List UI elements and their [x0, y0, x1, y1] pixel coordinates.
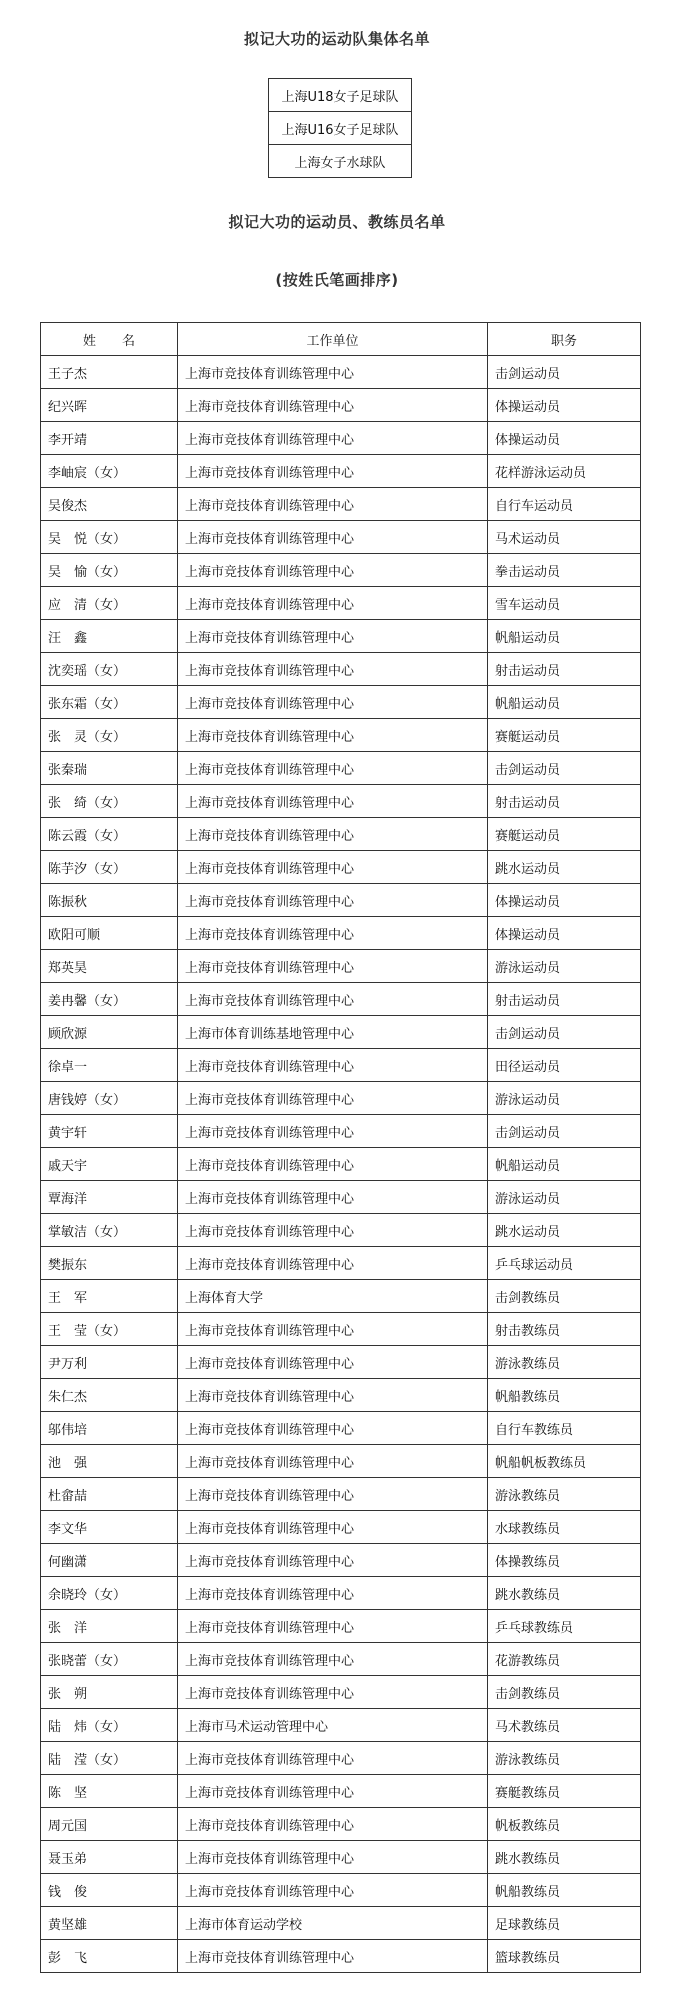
table-row: 王 军上海体育大学击剑教练员: [41, 1280, 641, 1313]
cell-name: 徐卓一: [41, 1049, 178, 1082]
table-row: 应 清（女）上海市竞技体育训练管理中心雪车运动员: [41, 587, 641, 620]
table-row: 张 绮（女）上海市竞技体育训练管理中心射击运动员: [41, 785, 641, 818]
table-row: 朱仁杰上海市竞技体育训练管理中心帆船教练员: [41, 1379, 641, 1412]
table-row: 汪 鑫上海市竞技体育训练管理中心帆船运动员: [41, 620, 641, 653]
cell-role: 帆船帆板教练员: [488, 1445, 641, 1478]
table-row: 陈芋汐（女）上海市竞技体育训练管理中心跳水运动员: [41, 851, 641, 884]
cell-role: 篮球教练员: [488, 1940, 641, 1973]
cell-role: 帆船教练员: [488, 1874, 641, 1907]
cell-unit: 上海市竞技体育训练管理中心: [178, 1247, 488, 1280]
cell-role: 自行车运动员: [488, 488, 641, 521]
table-row: 周元国上海市竞技体育训练管理中心帆板教练员: [41, 1808, 641, 1841]
cell-role: 乒乓球运动员: [488, 1247, 641, 1280]
header-role: 职务: [488, 323, 641, 356]
table-row: 李岫宸（女）上海市竞技体育训练管理中心花样游泳运动员: [41, 455, 641, 488]
cell-name: 池 强: [41, 1445, 178, 1478]
table-row: 李开靖上海市竞技体育训练管理中心体操运动员: [41, 422, 641, 455]
cell-name: 张 绮（女）: [41, 785, 178, 818]
cell-name: 张 朔: [41, 1676, 178, 1709]
cell-unit: 上海市竞技体育训练管理中心: [178, 422, 488, 455]
cell-name: 顾欣源: [41, 1016, 178, 1049]
table-row: 张 灵（女）上海市竞技体育训练管理中心赛艇运动员: [41, 719, 641, 752]
cell-unit: 上海体育大学: [178, 1280, 488, 1313]
cell-unit: 上海市竞技体育训练管理中心: [178, 1115, 488, 1148]
cell-role: 赛艇运动员: [488, 818, 641, 851]
table-row: 黄坚雄上海市体育运动学校足球教练员: [41, 1907, 641, 1940]
cell-name: 张秦瑞: [41, 752, 178, 785]
table-row: 戚天宇上海市竞技体育训练管理中心帆船运动员: [41, 1148, 641, 1181]
cell-role: 游泳教练员: [488, 1346, 641, 1379]
team-row: 上海U18女子足球队: [269, 79, 412, 112]
header-unit: 工作单位: [178, 323, 488, 356]
cell-unit: 上海市竞技体育训练管理中心: [178, 1874, 488, 1907]
cell-role: 帆船运动员: [488, 620, 641, 653]
cell-unit: 上海市竞技体育训练管理中心: [178, 521, 488, 554]
cell-name: 黄宇轩: [41, 1115, 178, 1148]
cell-name: 张晓蕾（女）: [41, 1643, 178, 1676]
cell-name: 王子杰: [41, 356, 178, 389]
table-row: 樊振东上海市竞技体育训练管理中心乒乓球运动员: [41, 1247, 641, 1280]
table-row: 姜冉馨（女）上海市竞技体育训练管理中心射击运动员: [41, 983, 641, 1016]
cell-name: 陆 滢（女）: [41, 1742, 178, 1775]
cell-unit: 上海市竞技体育训练管理中心: [178, 884, 488, 917]
team-section-title: 拟记大功的运动队集体名单: [0, 28, 674, 49]
cell-role: 帆船运动员: [488, 686, 641, 719]
cell-name: 余晓玲（女）: [41, 1577, 178, 1610]
table-row: 陈振秋上海市竞技体育训练管理中心体操运动员: [41, 884, 641, 917]
cell-role: 射击运动员: [488, 653, 641, 686]
cell-name: 聂玉弟: [41, 1841, 178, 1874]
cell-name: 陈芋汐（女）: [41, 851, 178, 884]
cell-unit: 上海市竞技体育训练管理中心: [178, 1940, 488, 1973]
cell-role: 花游教练员: [488, 1643, 641, 1676]
team-row: 上海U16女子足球队: [269, 112, 412, 145]
cell-role: 赛艇教练员: [488, 1775, 641, 1808]
cell-role: 击剑教练员: [488, 1280, 641, 1313]
cell-unit: 上海市竞技体育训练管理中心: [178, 1808, 488, 1841]
cell-name: 李文华: [41, 1511, 178, 1544]
table-row: 尹万利上海市竞技体育训练管理中心游泳教练员: [41, 1346, 641, 1379]
cell-unit: 上海市竞技体育训练管理中心: [178, 1775, 488, 1808]
cell-role: 体操运动员: [488, 884, 641, 917]
cell-name: 汪 鑫: [41, 620, 178, 653]
cell-name: 周元国: [41, 1808, 178, 1841]
cell-unit: 上海市竞技体育训练管理中心: [178, 1445, 488, 1478]
cell-name: 陈云霞（女）: [41, 818, 178, 851]
cell-role: 射击运动员: [488, 785, 641, 818]
cell-role: 马术教练员: [488, 1709, 641, 1742]
cell-unit: 上海市竞技体育训练管理中心: [178, 1412, 488, 1445]
cell-unit: 上海市竞技体育训练管理中心: [178, 719, 488, 752]
cell-unit: 上海市体育训练基地管理中心: [178, 1016, 488, 1049]
cell-unit: 上海市竞技体育训练管理中心: [178, 1214, 488, 1247]
cell-name: 张 洋: [41, 1610, 178, 1643]
table-row: 沈奕瑶（女）上海市竞技体育训练管理中心射击运动员: [41, 653, 641, 686]
cell-name: 纪兴晖: [41, 389, 178, 422]
cell-name: 陆 炜（女）: [41, 1709, 178, 1742]
cell-name: 黄坚雄: [41, 1907, 178, 1940]
cell-name: 唐钱婷（女）: [41, 1082, 178, 1115]
cell-name: 覃海洋: [41, 1181, 178, 1214]
cell-name: 李开靖: [41, 422, 178, 455]
cell-unit: 上海市竞技体育训练管理中心: [178, 587, 488, 620]
cell-unit: 上海市竞技体育训练管理中心: [178, 1544, 488, 1577]
cell-unit: 上海市竞技体育训练管理中心: [178, 620, 488, 653]
cell-role: 游泳运动员: [488, 950, 641, 983]
cell-name: 朱仁杰: [41, 1379, 178, 1412]
table-row: 杜畲喆上海市竞技体育训练管理中心游泳教练员: [41, 1478, 641, 1511]
table-row: 纪兴晖上海市竞技体育训练管理中心体操运动员: [41, 389, 641, 422]
cell-role: 体操运动员: [488, 917, 641, 950]
table-row: 陆 炜（女）上海市马术运动管理中心马术教练员: [41, 1709, 641, 1742]
cell-name: 杜畲喆: [41, 1478, 178, 1511]
cell-unit: 上海市竞技体育训练管理中心: [178, 356, 488, 389]
team-name: 上海U16女子足球队: [269, 112, 412, 145]
cell-role: 击剑教练员: [488, 1676, 641, 1709]
table-row: 钱 俊上海市竞技体育训练管理中心帆船教练员: [41, 1874, 641, 1907]
cell-name: 尹万利: [41, 1346, 178, 1379]
cell-unit: 上海市竞技体育训练管理中心: [178, 554, 488, 587]
cell-role: 跳水运动员: [488, 1214, 641, 1247]
cell-name: 应 清（女）: [41, 587, 178, 620]
cell-role: 田径运动员: [488, 1049, 641, 1082]
cell-name: 张 灵（女）: [41, 719, 178, 752]
cell-role: 自行车教练员: [488, 1412, 641, 1445]
table-row: 陈 坚上海市竞技体育训练管理中心赛艇教练员: [41, 1775, 641, 1808]
cell-role: 游泳教练员: [488, 1478, 641, 1511]
cell-name: 王 莹（女）: [41, 1313, 178, 1346]
table-row: 池 强上海市竞技体育训练管理中心帆船帆板教练员: [41, 1445, 641, 1478]
cell-role: 拳击运动员: [488, 554, 641, 587]
cell-unit: 上海市竞技体育训练管理中心: [178, 1379, 488, 1412]
cell-role: 击剑运动员: [488, 356, 641, 389]
cell-role: 乒乓球教练员: [488, 1610, 641, 1643]
cell-name: 张东霜（女）: [41, 686, 178, 719]
table-row: 吴 悦（女）上海市竞技体育训练管理中心马术运动员: [41, 521, 641, 554]
cell-role: 马术运动员: [488, 521, 641, 554]
cell-role: 赛艇运动员: [488, 719, 641, 752]
table-row: 黄宇轩上海市竞技体育训练管理中心击剑运动员: [41, 1115, 641, 1148]
cell-unit: 上海市竞技体育训练管理中心: [178, 1643, 488, 1676]
cell-unit: 上海市竞技体育训练管理中心: [178, 389, 488, 422]
cell-unit: 上海市竞技体育训练管理中心: [178, 653, 488, 686]
cell-name: 钱 俊: [41, 1874, 178, 1907]
table-row: 陆 滢（女）上海市竞技体育训练管理中心游泳教练员: [41, 1742, 641, 1775]
cell-name: 姜冉馨（女）: [41, 983, 178, 1016]
cell-unit: 上海市竞技体育训练管理中心: [178, 818, 488, 851]
table-row: 吴 愉（女）上海市竞技体育训练管理中心拳击运动员: [41, 554, 641, 587]
cell-unit: 上海市竞技体育训练管理中心: [178, 785, 488, 818]
cell-name: 李岫宸（女）: [41, 455, 178, 488]
table-row: 掌敏洁（女）上海市竞技体育训练管理中心跳水运动员: [41, 1214, 641, 1247]
cell-role: 花样游泳运动员: [488, 455, 641, 488]
cell-unit: 上海市竞技体育训练管理中心: [178, 1676, 488, 1709]
cell-name: 吴 愉（女）: [41, 554, 178, 587]
table-row: 张 洋上海市竞技体育训练管理中心乒乓球教练员: [41, 1610, 641, 1643]
cell-unit: 上海市竞技体育训练管理中心: [178, 1610, 488, 1643]
table-row: 王子杰上海市竞技体育训练管理中心击剑运动员: [41, 356, 641, 389]
cell-role: 跳水教练员: [488, 1577, 641, 1610]
cell-unit: 上海市体育运动学校: [178, 1907, 488, 1940]
cell-role: 游泳运动员: [488, 1082, 641, 1115]
table-row: 覃海洋上海市竞技体育训练管理中心游泳运动员: [41, 1181, 641, 1214]
header-name: 姓名: [41, 323, 178, 356]
cell-role: 跳水运动员: [488, 851, 641, 884]
team-list-table: 上海U18女子足球队上海U16女子足球队上海女子水球队: [268, 78, 412, 178]
cell-unit: 上海市竞技体育训练管理中心: [178, 1478, 488, 1511]
cell-unit: 上海市竞技体育训练管理中心: [178, 1577, 488, 1610]
cell-role: 击剑运动员: [488, 1016, 641, 1049]
cell-unit: 上海市竞技体育训练管理中心: [178, 1511, 488, 1544]
cell-role: 体操运动员: [488, 389, 641, 422]
cell-role: 跳水教练员: [488, 1841, 641, 1874]
table-row: 吴俊杰上海市竞技体育训练管理中心自行车运动员: [41, 488, 641, 521]
cell-role: 水球教练员: [488, 1511, 641, 1544]
cell-name: 郑英昊: [41, 950, 178, 983]
cell-name: 戚天宇: [41, 1148, 178, 1181]
table-row: 郑英昊上海市竞技体育训练管理中心游泳运动员: [41, 950, 641, 983]
cell-name: 陈振秋: [41, 884, 178, 917]
cell-unit: 上海市竞技体育训练管理中心: [178, 983, 488, 1016]
cell-role: 击剑运动员: [488, 752, 641, 785]
cell-role: 游泳运动员: [488, 1181, 641, 1214]
cell-name: 彭 飞: [41, 1940, 178, 1973]
cell-name: 欧阳可顺: [41, 917, 178, 950]
cell-name: 掌敏洁（女）: [41, 1214, 178, 1247]
sort-note: (按姓氏笔画排序): [0, 269, 674, 290]
table-row: 徐卓一上海市竞技体育训练管理中心田径运动员: [41, 1049, 641, 1082]
cell-name: 何幽潇: [41, 1544, 178, 1577]
table-row: 邬伟培上海市竞技体育训练管理中心自行车教练员: [41, 1412, 641, 1445]
cell-unit: 上海市竞技体育训练管理中心: [178, 950, 488, 983]
table-row: 聂玉弟上海市竞技体育训练管理中心跳水教练员: [41, 1841, 641, 1874]
cell-role: 体操运动员: [488, 422, 641, 455]
table-row: 张 朔上海市竞技体育训练管理中心击剑教练员: [41, 1676, 641, 1709]
table-row: 陈云霞（女）上海市竞技体育训练管理中心赛艇运动员: [41, 818, 641, 851]
cell-unit: 上海市竞技体育训练管理中心: [178, 1346, 488, 1379]
cell-unit: 上海市马术运动管理中心: [178, 1709, 488, 1742]
cell-name: 吴 悦（女）: [41, 521, 178, 554]
team-name: 上海女子水球队: [269, 145, 412, 178]
cell-unit: 上海市竞技体育训练管理中心: [178, 455, 488, 488]
cell-unit: 上海市竞技体育训练管理中心: [178, 1181, 488, 1214]
cell-role: 击剑运动员: [488, 1115, 641, 1148]
cell-name: 王 军: [41, 1280, 178, 1313]
cell-unit: 上海市竞技体育训练管理中心: [178, 686, 488, 719]
cell-role: 帆板教练员: [488, 1808, 641, 1841]
table-header-row: 姓名 工作单位 职务: [41, 323, 641, 356]
team-row: 上海女子水球队: [269, 145, 412, 178]
table-row: 张秦瑞上海市竞技体育训练管理中心击剑运动员: [41, 752, 641, 785]
cell-unit: 上海市竞技体育训练管理中心: [178, 917, 488, 950]
table-row: 顾欣源上海市体育训练基地管理中心击剑运动员: [41, 1016, 641, 1049]
table-row: 李文华上海市竞技体育训练管理中心水球教练员: [41, 1511, 641, 1544]
cell-unit: 上海市竞技体育训练管理中心: [178, 1841, 488, 1874]
individual-section-title: 拟记大功的运动员、教练员名单: [0, 211, 674, 232]
cell-role: 雪车运动员: [488, 587, 641, 620]
cell-unit: 上海市竞技体育训练管理中心: [178, 1313, 488, 1346]
cell-unit: 上海市竞技体育训练管理中心: [178, 1148, 488, 1181]
cell-role: 射击教练员: [488, 1313, 641, 1346]
cell-role: 足球教练员: [488, 1907, 641, 1940]
cell-role: 帆船运动员: [488, 1148, 641, 1181]
table-row: 王 莹（女）上海市竞技体育训练管理中心射击教练员: [41, 1313, 641, 1346]
table-row: 张晓蕾（女）上海市竞技体育训练管理中心花游教练员: [41, 1643, 641, 1676]
cell-unit: 上海市竞技体育训练管理中心: [178, 1742, 488, 1775]
cell-unit: 上海市竞技体育训练管理中心: [178, 752, 488, 785]
cell-unit: 上海市竞技体育训练管理中心: [178, 851, 488, 884]
table-row: 欧阳可顺上海市竞技体育训练管理中心体操运动员: [41, 917, 641, 950]
cell-name: 沈奕瑶（女）: [41, 653, 178, 686]
team-name: 上海U18女子足球队: [269, 79, 412, 112]
cell-name: 邬伟培: [41, 1412, 178, 1445]
cell-unit: 上海市竞技体育训练管理中心: [178, 1082, 488, 1115]
table-row: 余晓玲（女）上海市竞技体育训练管理中心跳水教练员: [41, 1577, 641, 1610]
cell-name: 吴俊杰: [41, 488, 178, 521]
roster-table: 姓名 工作单位 职务 王子杰上海市竞技体育训练管理中心击剑运动员纪兴晖上海市竞技…: [40, 322, 641, 1973]
cell-role: 射击运动员: [488, 983, 641, 1016]
cell-name: 樊振东: [41, 1247, 178, 1280]
table-row: 张东霜（女）上海市竞技体育训练管理中心帆船运动员: [41, 686, 641, 719]
cell-unit: 上海市竞技体育训练管理中心: [178, 1049, 488, 1082]
cell-role: 帆船教练员: [488, 1379, 641, 1412]
cell-role: 游泳教练员: [488, 1742, 641, 1775]
table-row: 唐钱婷（女）上海市竞技体育训练管理中心游泳运动员: [41, 1082, 641, 1115]
cell-role: 体操教练员: [488, 1544, 641, 1577]
table-row: 彭 飞上海市竞技体育训练管理中心篮球教练员: [41, 1940, 641, 1973]
cell-unit: 上海市竞技体育训练管理中心: [178, 488, 488, 521]
cell-name: 陈 坚: [41, 1775, 178, 1808]
table-row: 何幽潇上海市竞技体育训练管理中心体操教练员: [41, 1544, 641, 1577]
